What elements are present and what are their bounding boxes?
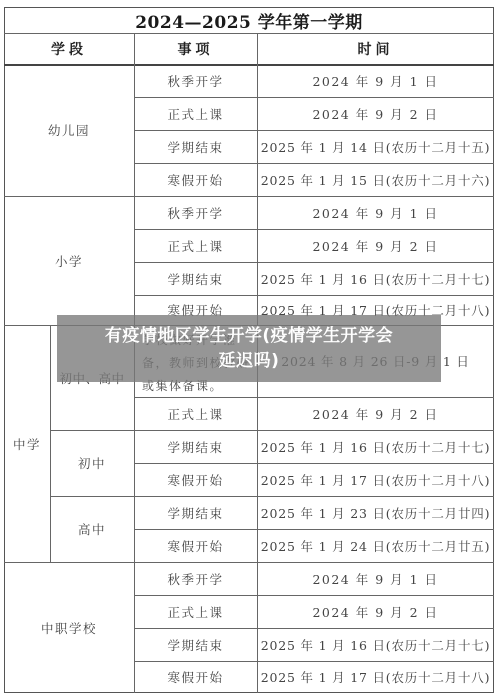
stage-vocational: 中职学校 <box>4 562 134 693</box>
time-cell: 2024 年 9 月 1 日 <box>257 562 494 595</box>
header-item: 事项 <box>134 33 257 64</box>
time-cell: 2025 年 1 月 16 日(农历十二月十七) <box>257 262 494 295</box>
item-cell: 学期结束 <box>134 262 257 295</box>
item-cell: 寒假开始 <box>134 661 257 693</box>
item-cell: 学期结束 <box>134 130 257 163</box>
time-cell: 2024 年 9 月 1 日 <box>257 196 494 229</box>
sub-stage-senior: 高中 <box>50 496 134 562</box>
stage-kindergarten: 幼儿园 <box>4 64 134 196</box>
item-cell: 寒假开始 <box>134 529 257 562</box>
caption-overlay: 有疫情地区学生开学(疫情学生开学会 延迟吗) <box>57 315 441 382</box>
header-time: 时间 <box>257 33 494 64</box>
item-cell: 正式上课 <box>134 397 257 430</box>
item-cell: 秋季开学 <box>134 196 257 229</box>
time-cell: 2024 年 9 月 2 日 <box>257 97 494 130</box>
time-cell: 2025 年 1 月 16 日(农历十二月十七) <box>257 628 494 661</box>
stage-primary: 小学 <box>4 196 134 325</box>
time-cell: 2025 年 1 月 15 日(农历十二月十六) <box>257 163 494 196</box>
time-cell: 2025 年 1 月 24 日(农历十二月廿五) <box>257 529 494 562</box>
time-cell: 2025 年 1 月 23 日(农历十二月廿四) <box>257 496 494 529</box>
time-cell: 2025 年 1 月 14 日(农历十二月十五) <box>257 130 494 163</box>
time-cell: 2024 年 9 月 2 日 <box>257 595 494 628</box>
item-cell: 正式上课 <box>134 595 257 628</box>
table-title: 2024—2025 学年第一学期 <box>4 7 494 34</box>
time-cell: 2025 年 1 月 17 日(农历十二月十八) <box>257 661 494 693</box>
item-cell: 寒假开始 <box>134 163 257 196</box>
stage-middle: 中学 <box>4 325 50 562</box>
caption-line-2: 延迟吗) <box>219 349 280 374</box>
item-cell: 秋季开学 <box>134 562 257 595</box>
sub-stage-junior: 初中 <box>50 430 134 496</box>
time-cell: 2024 年 9 月 2 日 <box>257 397 494 430</box>
time-cell: 2025 年 1 月 16 日(农历十二月十七) <box>257 430 494 463</box>
item-cell: 学期结束 <box>134 496 257 529</box>
item-cell: 秋季开学 <box>134 64 257 97</box>
item-cell: 正式上课 <box>134 97 257 130</box>
item-cell: 正式上课 <box>134 229 257 262</box>
header-stage: 学段 <box>4 33 134 64</box>
time-cell: 2025 年 1 月 17 日(农历十二月十八) <box>257 463 494 496</box>
time-cell: 2024 年 9 月 1 日 <box>257 64 494 97</box>
item-cell: 学期结束 <box>134 430 257 463</box>
time-cell: 2024 年 9 月 2 日 <box>257 229 494 262</box>
item-cell: 寒假开始 <box>134 463 257 496</box>
item-cell: 学期结束 <box>134 628 257 661</box>
caption-line-1: 有疫情地区学生开学(疫情学生开学会 <box>105 324 393 349</box>
